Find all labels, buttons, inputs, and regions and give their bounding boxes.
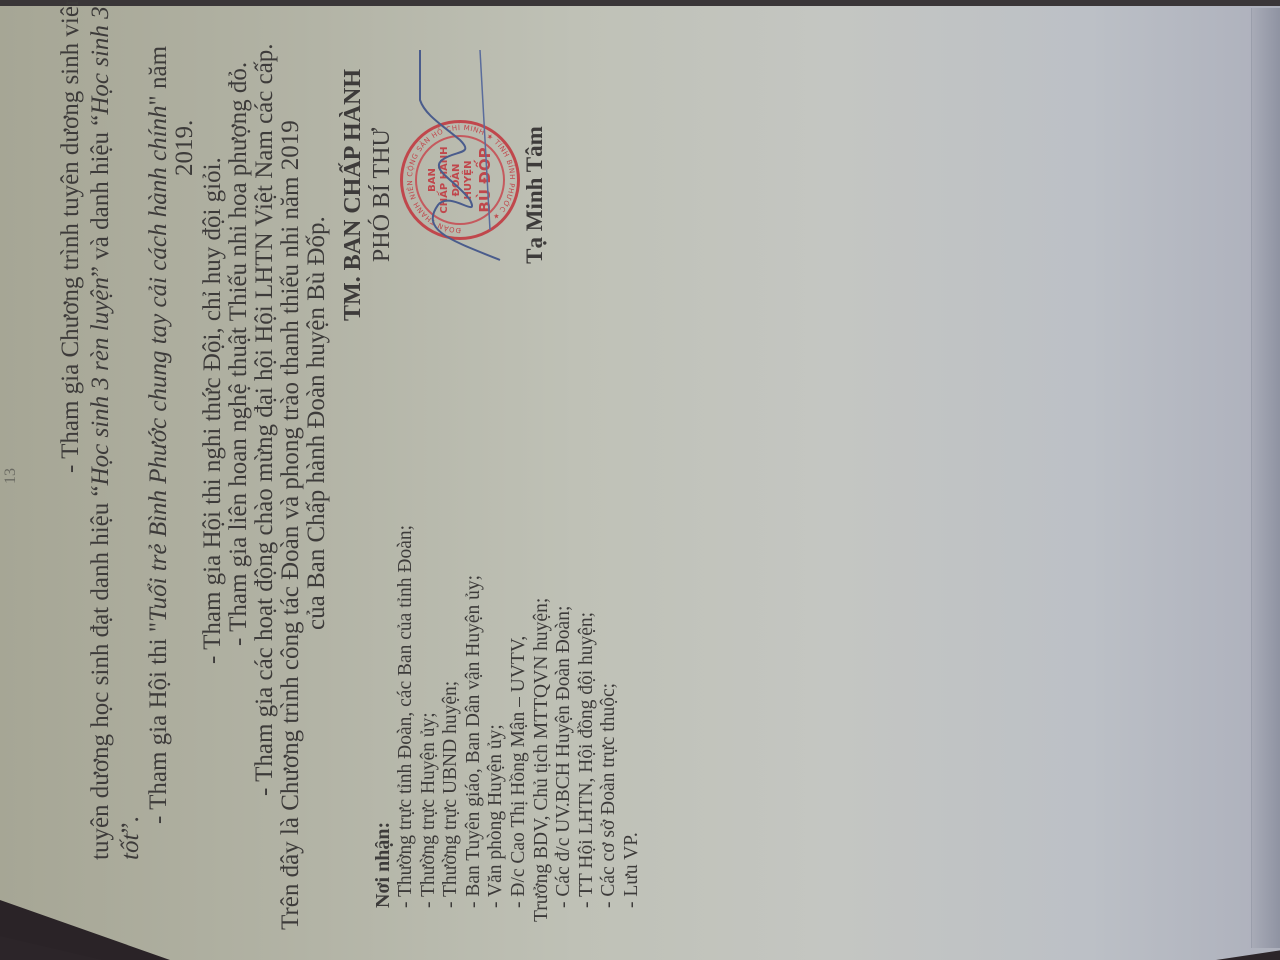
recipient-item: - Các đ/c UV.BCH Huyện Đoàn Đoàn; xyxy=(553,525,576,908)
body-item-1-line-1: - Tham gia Chương trình tuyên dương sinh… xyxy=(56,0,86,473)
body-item-1-line-2: tuyên dương học sinh đạt danh hiệu “Học … xyxy=(86,6,116,860)
body-item-2-line-2: 2019. xyxy=(170,120,200,176)
recipient-item: - Ban Tuyên giáo, Ban Dân vận Huyện ủy; xyxy=(463,525,486,908)
signature-block: TM. BAN CHẤP HÀNH PHÓ BÍ THƯ ĐOÀN THANH … xyxy=(340,30,396,360)
recipients-block: Nơi nhận: - Thường trực tỉnh Đoàn, các B… xyxy=(372,525,644,908)
recipient-item: - Thường trực Huyện ủy; xyxy=(418,525,441,908)
recipient-item: - Các cơ sở Đoàn trực thuộc; xyxy=(598,525,621,908)
recipient-item: - Đ/c Cao Thị Hồng Mận – UVTV, xyxy=(508,525,531,908)
handwritten-signature xyxy=(380,40,510,300)
body-item-1-line-3: tốt”. xyxy=(116,816,146,860)
page-number: 13 xyxy=(2,468,20,484)
closing-paragraph-line-2: của Ban Chấp hành Đoàn huyện Bù Đốp. xyxy=(302,216,332,630)
signer-organization: TM. BAN CHẤP HÀNH xyxy=(340,30,367,360)
recipient-item: - Lưu VP. xyxy=(621,525,644,908)
recipient-item: - TT Hội LHTN, Hội đồng đội huyện; xyxy=(576,525,599,908)
recipient-item: - Thường trực UBND huyện; xyxy=(440,525,463,908)
recipients-title: Nơi nhận: xyxy=(372,525,395,908)
rotated-document-page: 13 - Tham gia Chương trình tuyên dương s… xyxy=(0,0,1280,960)
signer-name: Tạ Minh Tâm xyxy=(522,30,548,360)
recipient-item: - Văn phòng Huyện ủy; xyxy=(485,525,508,908)
recipient-item: Trưởng BDV, Chủ tịch MTTQVN huyện; xyxy=(531,525,554,922)
recipient-item: - Thường trực tỉnh Đoàn, các Ban của tỉn… xyxy=(395,525,418,908)
